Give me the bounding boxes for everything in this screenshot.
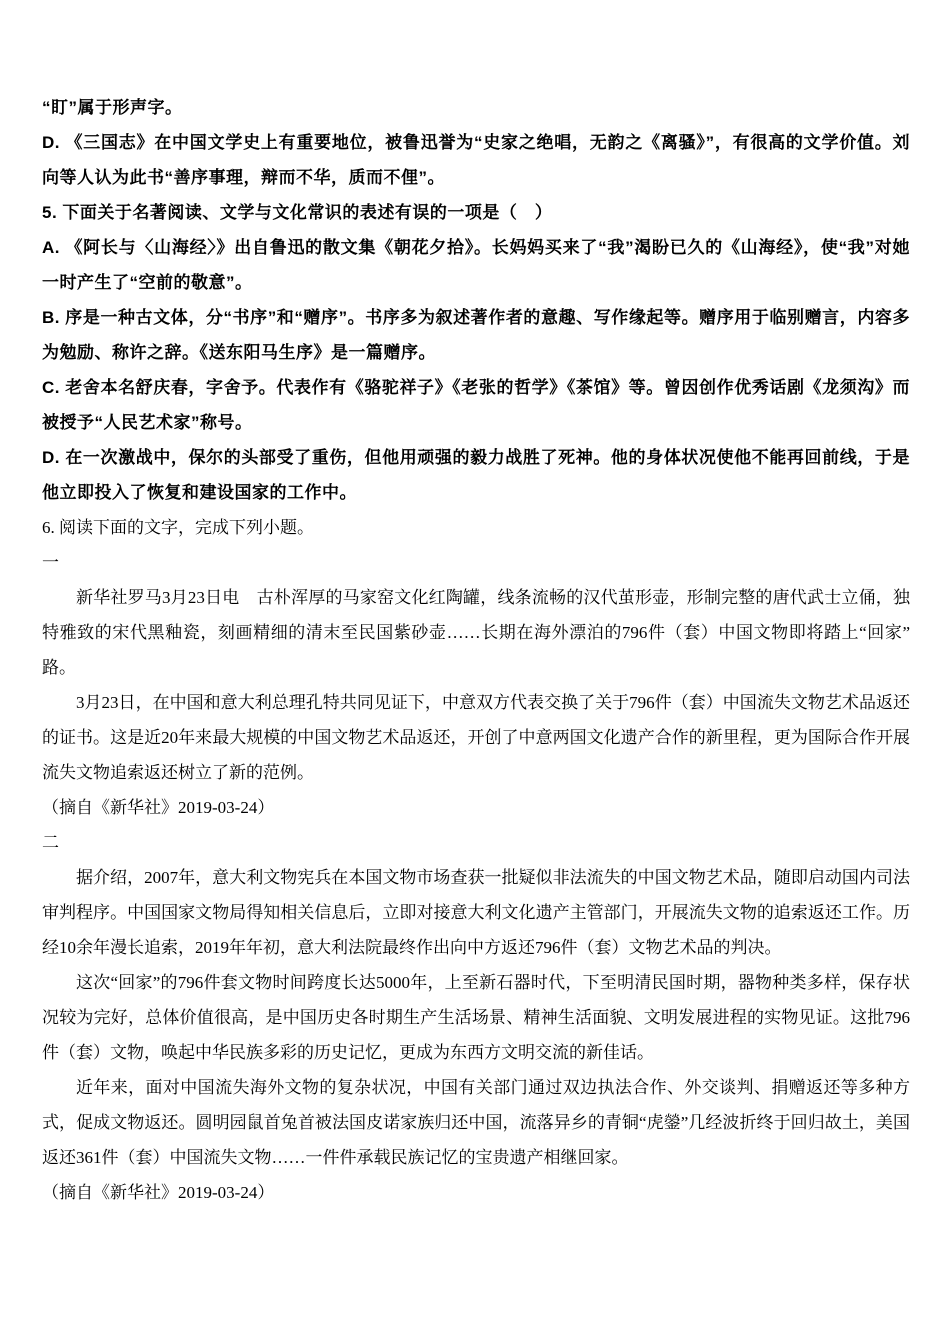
question-5-option-b: B. 序是一种古文体，分“书序”和“赠序”。书序多为叙述著作者的意趣、写作缘起等… (42, 300, 910, 370)
passage-one-source-citation: （摘自《新华社》2019-03-24） (42, 790, 910, 825)
question-4-option-d: D. 《三国志》在中国文学史上有重要地位，被鲁迅誉为“史家之绝唱，无韵之《离骚》… (42, 125, 910, 195)
question-4-option-c-fragment: “盯”属于形声字。 (42, 90, 910, 125)
passage-one-paragraph-1: 新华社罗马3月23日电 古朴浑厚的马家窑文化红陶罐，线条流畅的汉代茧形壶，形制完… (42, 580, 910, 685)
passage-section-two-label: 二 (42, 825, 910, 860)
question-5-option-c: C. 老舍本名舒庆春，字舍予。代表作有《骆驼祥子》《老张的哲学》《茶馆》等。曾因… (42, 370, 910, 440)
question-5-option-a: A. 《阿长与〈山海经〉》出自鲁迅的散文集《朝花夕拾》。长妈妈买来了“我”渴盼已… (42, 230, 910, 300)
passage-section-one-label: 一 (42, 545, 910, 580)
question-6-stem: 6. 阅读下面的文字，完成下列小题。 (42, 510, 910, 545)
question-5-option-d: D. 在一次激战中，保尔的头部受了重伤，但他用顽强的毅力战胜了死神。他的身体状况… (42, 440, 910, 510)
exam-document-page: “盯”属于形声字。 D. 《三国志》在中国文学史上有重要地位，被鲁迅誉为“史家之… (42, 90, 910, 1210)
passage-two-paragraph-3: 近年来，面对中国流失海外文物的复杂状况，中国有关部门通过双边执法合作、外交谈判、… (42, 1070, 910, 1175)
passage-two-paragraph-1: 据介绍，2007年，意大利文物宪兵在本国文物市场查获一批疑似非法流失的中国文物艺… (42, 860, 910, 965)
question-5-stem: 5. 下面关于名著阅读、文学与文化常识的表述有误的一项是（ ） (42, 195, 910, 230)
passage-one-paragraph-2: 3月23日，在中国和意大利总理孔特共同见证下，中意双方代表交换了关于796件（套… (42, 685, 910, 790)
passage-two-paragraph-2: 这次“回家”的796件套文物时间跨度长达5000年，上至新石器时代，下至明清民国… (42, 965, 910, 1070)
passage-two-source-citation: （摘自《新华社》2019-03-24） (42, 1175, 910, 1210)
